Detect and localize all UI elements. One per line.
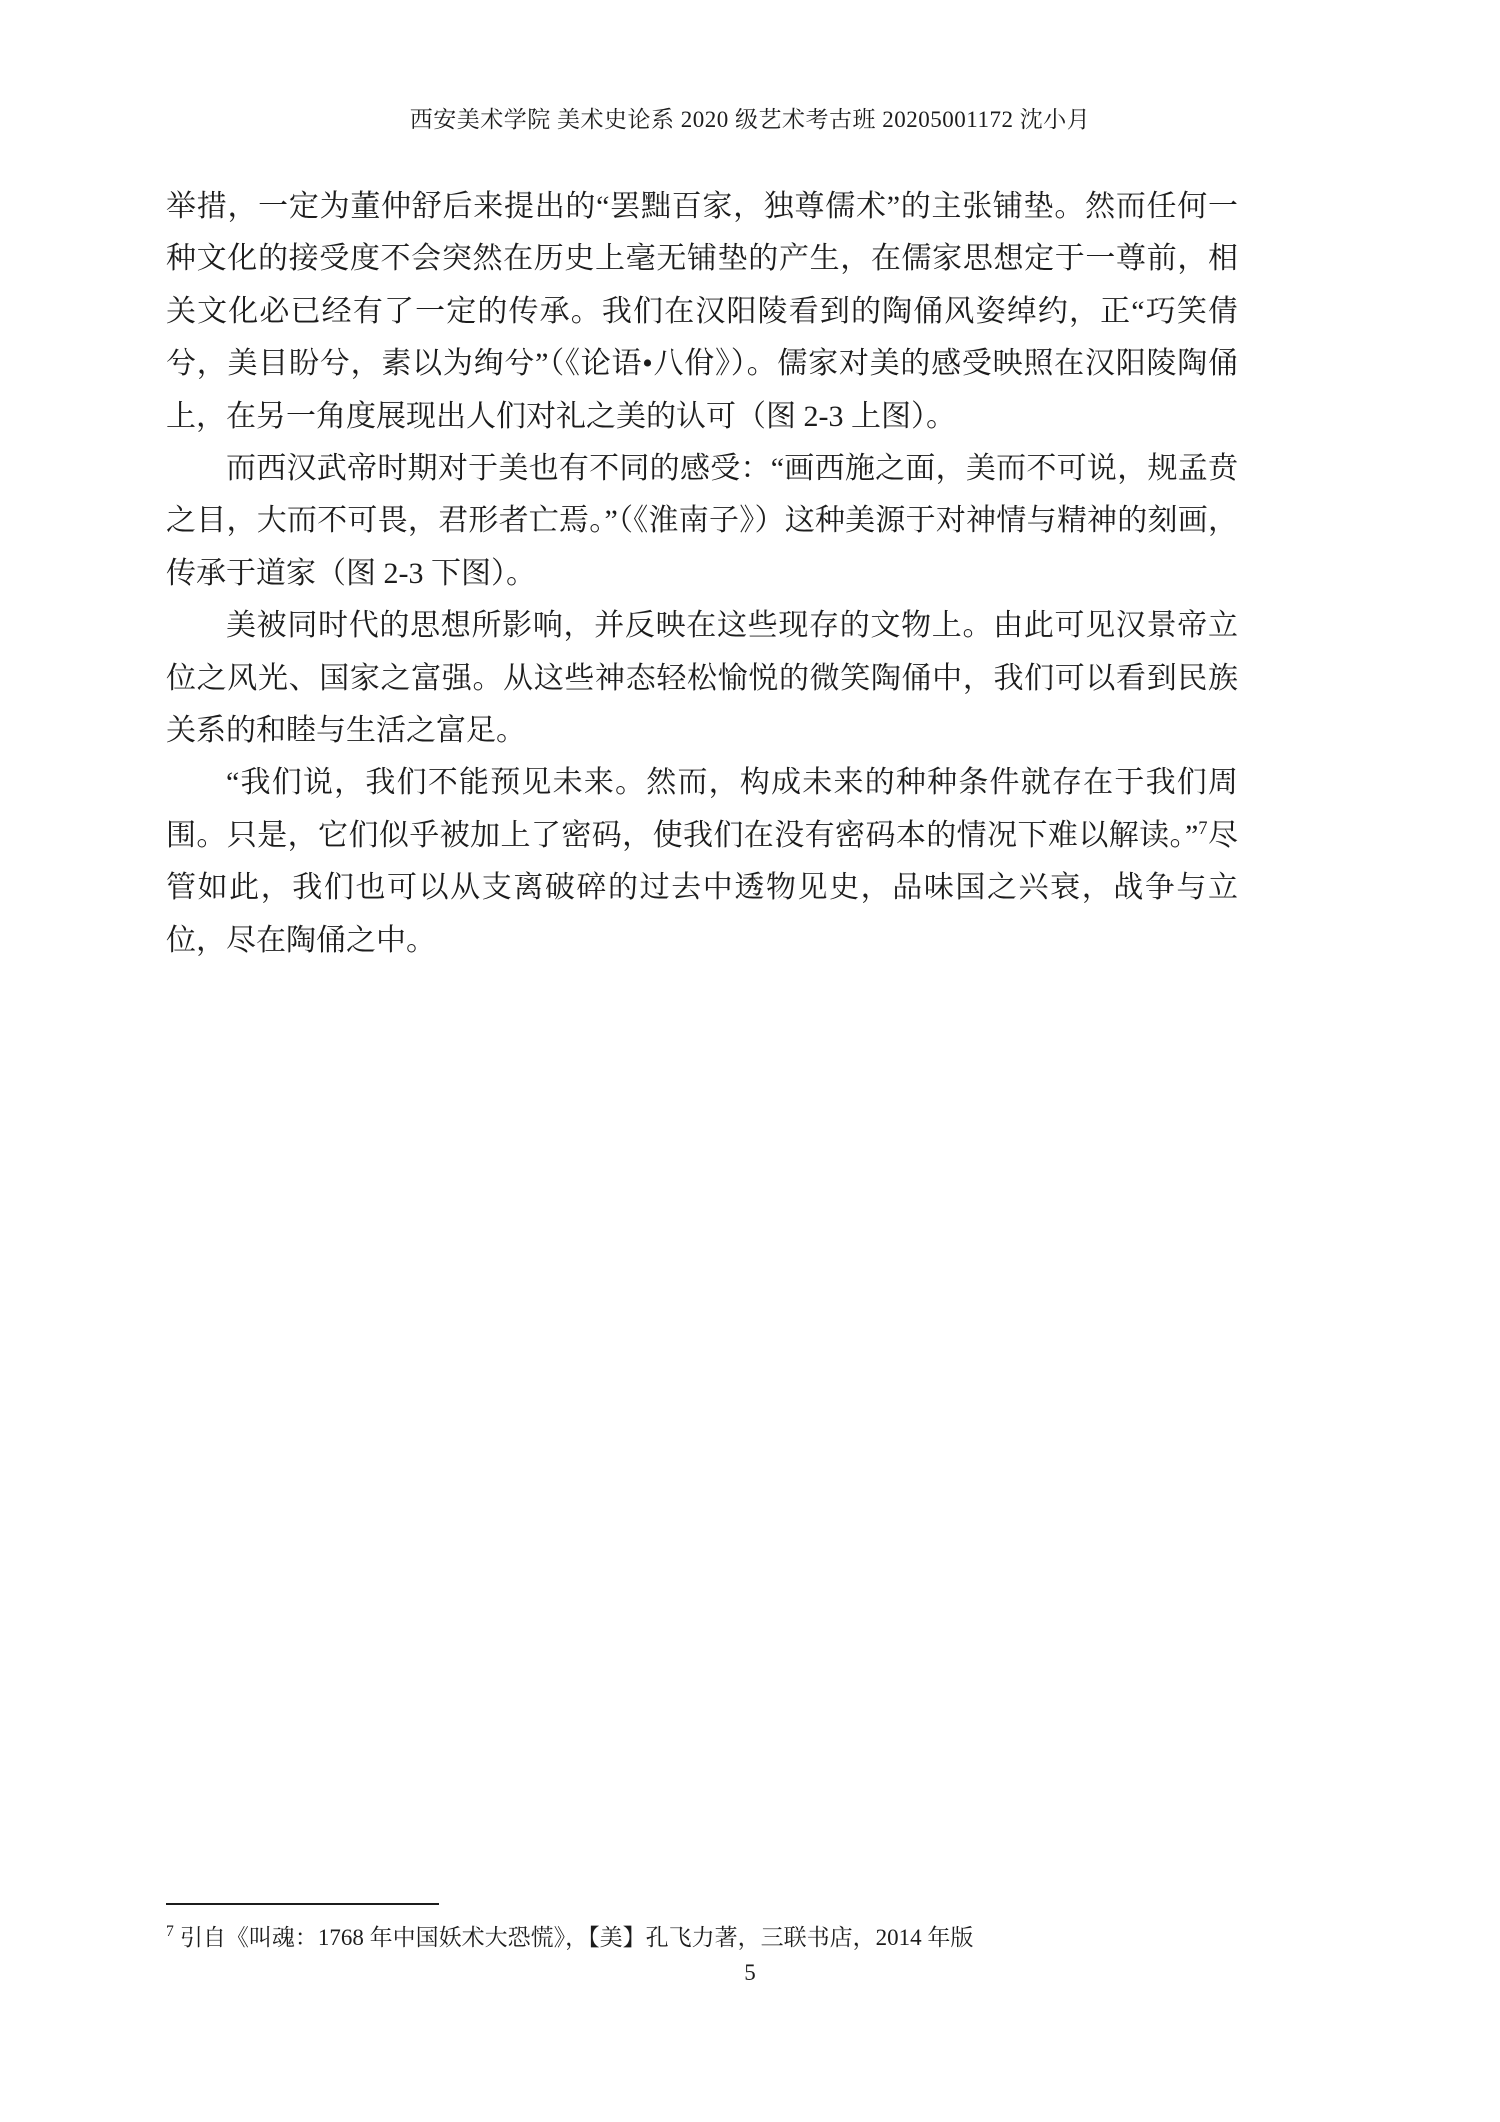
paragraph: 而西汉武帝时期对于美也有不同的感受：“画西施之面，美而不可说，规孟贲之目，大而不… [166, 443, 1238, 600]
paragraph: 美被同时代的思想所影响，并反映在这些现存的文物上。由此可见汉景帝立位之风光、国家… [166, 600, 1238, 757]
footnote: 7引自《叫魂：1768 年中国妖术大恐慌》，【美】孔飞力著，三联书店，2014 … [166, 1921, 1276, 1955]
page-number: 5 [0, 1960, 1500, 1986]
footnote-marker: 7 [166, 1923, 174, 1940]
footnote-text: 引自《叫魂：1768 年中国妖术大恐慌》，【美】孔飞力著，三联书店，2014 年… [180, 1925, 974, 1950]
page-header: 西安美术学院 美术史论系 2020 级艺术考古班 20205001172 沈小月 [0, 101, 1500, 134]
quoted-passage: “我们说，我们不能预见未来。然而，构成未来的种种条件就存在于我们周围。只是，它们… [166, 766, 1238, 851]
footnote-separator [166, 1903, 439, 1905]
body-text: 举措，一定为董仲舒后来提出的“罢黜百家，独尊儒术”的主张铺垫。然而任何一种文化的… [166, 181, 1238, 967]
paragraph: 举措，一定为董仲舒后来提出的“罢黜百家，独尊儒术”的主张铺垫。然而任何一种文化的… [166, 181, 1238, 443]
footnote-reference: 7 [1198, 818, 1207, 839]
document-page: 西安美术学院 美术史论系 2020 级艺术考古班 20205001172 沈小月… [0, 0, 1500, 2122]
paragraph: “我们说，我们不能预见未来。然而，构成未来的种种条件就存在于我们周围。只是，它们… [166, 757, 1238, 967]
